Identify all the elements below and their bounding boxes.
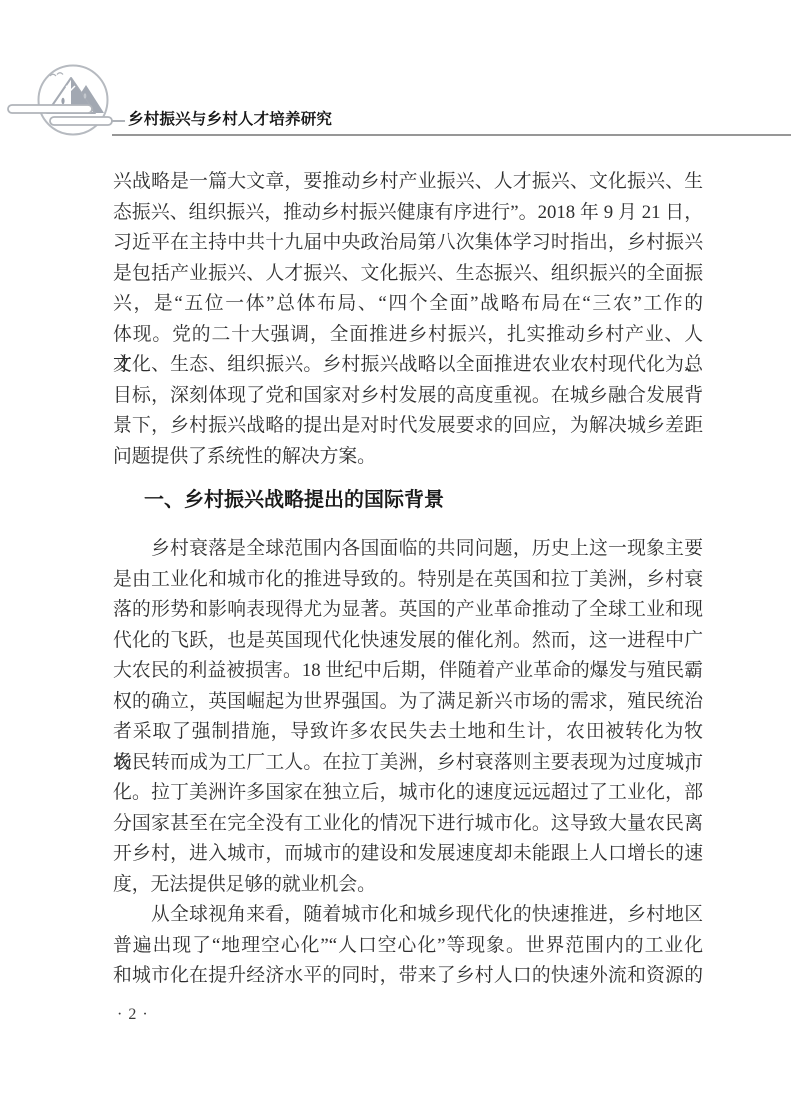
book-page: 乡村振兴与乡村人才培养研究 兴战略是一篇大文章，要推动乡村产业振兴、人才振兴、文… (0, 0, 799, 1118)
text-line: 是包括产业振兴、人才振兴、文化振兴、生态振兴、组织振兴的全面振 (113, 259, 703, 290)
text-line: 权的确立，英国崛起为世界强国。为了满足新兴市场的需求，殖民统治 (113, 687, 703, 718)
text-line: 者采取了强制措施，导致许多农民失去土地和生计，农田被转化为牧场， (113, 717, 703, 748)
text-line: 代化的飞跃，也是英国现代化快速发展的催化剂。然而，这一进程中广 (113, 626, 703, 657)
running-head-title: 乡村振兴与乡村人才培养研究 (128, 109, 332, 131)
text-line: 乡村衰落是全球范围内各国面临的共同问题，历史上这一现象主要 (113, 534, 703, 565)
paragraph-1: 兴战略是一篇大文章，要推动乡村产业振兴、人才振兴、文化振兴、生态振兴、组织振兴，… (113, 167, 703, 472)
text-line: 度，无法提供足够的就业机会。 (113, 870, 703, 901)
section-heading: 一、乡村振兴战略提出的国际背景 (144, 485, 703, 515)
text-line: 是由工业化和城市化的推进导致的。特别是在英国和拉丁美洲，乡村衰 (113, 565, 703, 596)
text-line: 习近平在主持中共十九届中央政治局第八次集体学习时指出，乡村振兴 (113, 228, 703, 259)
text-line: 文化、生态、组织振兴。乡村振兴战略以全面推进农业农村现代化为总 (113, 350, 703, 381)
text-line: 和城市化在提升经济水平的同时，带来了乡村人口的快速外流和资源的 (113, 961, 703, 992)
text-line: 化。拉丁美洲许多国家在独立后，城市化的速度远远超过了工业化，部 (113, 778, 703, 809)
text-line: 问题提供了系统性的解决方案。 (113, 442, 703, 473)
paragraph-3: 从全球视角来看，随着城市化和城乡现代化的快速推进，乡村地区普遍出现了“地理空心化… (113, 900, 703, 992)
text-line: 从全球视角来看，随着城市化和城乡现代化的快速推进，乡村地区 (113, 900, 703, 931)
page-number: · 2 · (117, 1006, 149, 1024)
text-line: 分国家甚至在完全没有工业化的情况下进行城市化。这导致大量农民离 (113, 809, 703, 840)
text-line: 普遍出现了“地理空心化”“人口空心化”等现象。世界范围内的工业化 (113, 931, 703, 962)
page-content: 兴战略是一篇大文章，要推动乡村产业振兴、人才振兴、文化振兴、生态振兴、组织振兴，… (113, 167, 703, 992)
text-line: 体现。党的二十大强调，全面推进乡村振兴，扎实推动乡村产业、人才、 (113, 320, 703, 351)
paragraph-2: 乡村衰落是全球范围内各国面临的共同问题，历史上这一现象主要是由工业化和城市化的推… (113, 534, 703, 900)
text-line: 目标，深刻体现了党和国家对乡村发展的高度重视。在城乡融合发展背 (113, 381, 703, 412)
header-rule (112, 134, 791, 136)
text-line: 落的形势和影响表现得尤为显著。英国的产业革命推动了全球工业和现 (113, 595, 703, 626)
text-line: 景下，乡村振兴战略的提出是对时代发展要求的回应，为解决城乡差距 (113, 411, 703, 442)
text-line: 兴战略是一篇大文章，要推动乡村产业振兴、人才振兴、文化振兴、生 (113, 167, 703, 198)
text-line: 开乡村，进入城市，而城市的建设和发展速度却未能跟上人口增长的速 (113, 839, 703, 870)
text-line: 大农民的利益被损害。18 世纪中后期，伴随着产业革命的爆发与殖民霸 (113, 656, 703, 687)
text-line: 兴，是“五位一体”总体布局、“四个全面”战略布局在“三农”工作的 (113, 289, 703, 320)
text-line: 农民转而成为工厂工人。在拉丁美洲，乡村衰落则主要表现为过度城市 (113, 748, 703, 779)
text-line: 态振兴、组织振兴，推动乡村振兴健康有序进行”。2018 年 9 月 21 日， (113, 198, 703, 229)
logo-title-connector-line (111, 120, 125, 122)
